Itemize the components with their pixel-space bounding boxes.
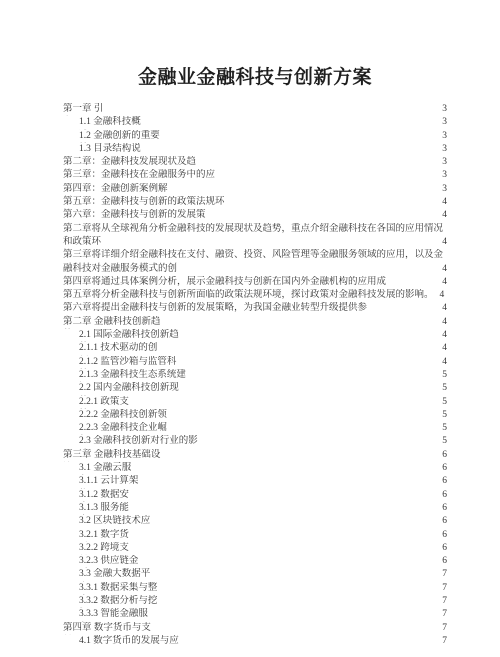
toc-page-number: 3 — [439, 183, 447, 196]
toc-page-number: 6 — [439, 475, 447, 488]
toc-page-number: 4 — [439, 276, 447, 289]
toc-entry[interactable]: 第二章：金融科技发展现状及趋势3 — [63, 156, 447, 169]
toc-page-number: 7 — [439, 582, 447, 595]
toc-entry-text: 2.3 金融科技创新对行业的影响 — [79, 436, 447, 448]
toc-entry-text: 第三章：金融科技在金融服务中的应用 — [63, 170, 447, 182]
toc-entry-text: 第六章：金融科技与创新的发展策略 — [63, 210, 447, 222]
toc-entry[interactable]: 3.3.3 智能金融服务7 — [63, 608, 447, 621]
toc-entry[interactable]: 3.1.3 服务能力6 — [63, 502, 447, 515]
toc-entry-text: 1.2 金融创新的重要性 — [79, 131, 447, 143]
toc-entry-text: 第四章 数字货币与支付 — [63, 623, 447, 635]
toc-entry-text: 4.1 数字货币的发展与应用 — [79, 636, 447, 648]
document-title: 金融业金融科技与创新方案 — [63, 66, 447, 89]
toc-entry[interactable]: 3.3.2 数据分析与挖掘7 — [63, 595, 447, 608]
toc-page-number: 4 — [439, 209, 447, 222]
toc-entry-text: 1.3 目录结构说明 — [79, 144, 447, 156]
toc-page-number: 4 — [439, 342, 447, 355]
toc-entry[interactable]: 2.2.2 金融科技创新领域5 — [63, 409, 447, 422]
toc-entry[interactable]: 第五章：金融科技与创新的政策法规环境4 — [63, 196, 447, 209]
toc-entry[interactable]: 2.1.1 技术驱动的创新4 — [63, 342, 447, 355]
toc-page-number: 3 — [439, 169, 447, 182]
toc-page-number: 3 — [439, 103, 447, 116]
toc-entry-text: 3.2.2 跨境支付 — [79, 543, 447, 555]
toc-entry-text: 第六章将提出金融科技与创新的发展策略，为我国金融业转型升级提供参考。 — [63, 303, 447, 315]
toc-page-number: 4 — [439, 196, 447, 209]
toc-entry-text: 2.2.2 金融科技创新领域 — [79, 410, 447, 422]
toc-entry[interactable]: 第四章将通过具体案例分析，展示金融科技与创新在国内外金融机构的应用成果。4 — [63, 276, 447, 289]
toc-page-number: 4 — [439, 236, 447, 249]
toc-entry-text: 1.1 金融科技概述 — [79, 117, 447, 129]
toc-entry[interactable]: 2.1.3 金融科技生态系统建设5 — [63, 369, 447, 382]
toc-entry[interactable]: 2.1 国际金融科技创新趋势4 — [63, 329, 447, 342]
toc-entry-text: 3.1.3 服务能力 — [79, 503, 447, 515]
toc-entry[interactable]: 3.1 金融云服务6 — [63, 462, 447, 475]
toc-entry[interactable]: 3.1.2 数据安全6 — [63, 489, 447, 502]
toc-entry-text: 第五章：金融科技与创新的政策法规环境 — [63, 197, 447, 209]
toc-entry-text: 3.1.1 云计算架构 — [79, 476, 447, 488]
toc-page-number: 7 — [439, 568, 447, 581]
toc-entry[interactable]: 3.2.1 数字货币6 — [63, 529, 447, 542]
toc-page-number: 6 — [439, 489, 447, 502]
toc-page-number: 7 — [439, 635, 447, 648]
toc-page-number: 5 — [439, 435, 447, 448]
toc-entry[interactable]: 2.3 金融科技创新对行业的影响5 — [63, 435, 447, 448]
toc-page-number: 5 — [439, 409, 447, 422]
toc-entry[interactable]: 2.2.1 政策支持5 — [63, 396, 447, 409]
toc-entry-text: 2.2 国内金融科技创新现状 — [79, 383, 447, 395]
toc-entry-text: 3.1.2 数据安全 — [79, 490, 447, 502]
toc-page-number: 4 — [439, 329, 447, 342]
toc-entry[interactable]: 3.3.1 数据采集与整合7 — [63, 582, 447, 595]
toc-page-number: 4 — [439, 263, 447, 276]
toc-page-number: 7 — [439, 595, 447, 608]
toc-entry-text: 第二章：金融科技发展现状及趋势 — [63, 157, 447, 169]
toc-entry-text: 3.3.1 数据采集与整合 — [79, 583, 447, 595]
toc-page-number: 3 — [439, 116, 447, 129]
toc-entry-text: 3.3.3 智能金融服务 — [79, 609, 447, 621]
toc-entry-text: 3.3.2 数据分析与挖掘 — [79, 596, 447, 608]
toc-entry-text: 2.2.1 政策支持 — [79, 397, 447, 409]
toc-entry[interactable]: 1.2 金融创新的重要性3 — [63, 130, 447, 143]
toc-page-number: 6 — [439, 462, 447, 475]
toc-entry-text: 第四章：金融创新案例解析 — [63, 184, 447, 196]
toc-page-number: 5 — [439, 422, 447, 435]
toc-entry-text: 3.2.3 供应链金融 — [79, 556, 447, 568]
toc-page-number: 4 — [439, 316, 447, 329]
toc-entry[interactable]: 第六章将提出金融科技与创新的发展策略，为我国金融业转型升级提供参考。4 — [63, 302, 447, 315]
toc-page-number: 4 — [434, 290, 445, 300]
toc-page-number: 5 — [439, 382, 447, 395]
toc-page-number: 6 — [439, 502, 447, 515]
toc-page-number: 4 — [439, 302, 447, 315]
toc-page-number: 4 — [439, 356, 447, 369]
toc-entry-text: 第二章将从全球视角分析金融科技的发展现状及趋势，重点介绍金融科技在各国的应用情况… — [63, 224, 447, 250]
toc-entry[interactable]: 1.3 目录结构说明3 — [63, 143, 447, 156]
toc-page-number: 3 — [439, 143, 447, 156]
table-of-contents: 第一章 引言3 1.1 金融科技概述3 1.2 金融创新的重要性3 1.3 目录… — [63, 103, 447, 648]
toc-entry[interactable]: 1.1 金融科技概述3 — [63, 116, 447, 129]
toc-entry-text: 第二章 金融科技创新趋势 — [63, 317, 447, 329]
toc-entry[interactable]: 3.3 金融大数据平台7 — [63, 568, 447, 581]
toc-entry[interactable]: 2.2 国内金融科技创新现状5 — [63, 382, 447, 395]
toc-page-number: 5 — [439, 369, 447, 382]
toc-entry-text: 2.1.2 监管沙箱与监管科技 — [79, 357, 447, 369]
toc-entry[interactable]: 第一章 引言3 — [63, 103, 447, 116]
toc-entry[interactable]: 第五章将分析金融科技与创新所面临的政策法规环境，探讨政策对金融科技发展的影响。4 — [63, 289, 447, 302]
toc-entry-text: 3.3 金融大数据平台 — [79, 569, 447, 581]
toc-entry[interactable]: 第三章：金融科技在金融服务中的应用3 — [63, 169, 447, 182]
toc-entry-text: 第四章将通过具体案例分析，展示金融科技与创新在国内外金融机构的应用成果。 — [63, 277, 447, 289]
toc-entry-text: 3.1 金融云服务 — [79, 463, 447, 475]
toc-entry[interactable]: 第三章将详细介绍金融科技在支付、融资、投资、风险管理等金融服务领域的应用，以及金… — [63, 249, 447, 276]
toc-page-number: 3 — [439, 156, 447, 169]
toc-entry-text: 2.1 国际金融科技创新趋势 — [79, 330, 447, 342]
toc-entry[interactable]: 第四章：金融创新案例解析3 — [63, 183, 447, 196]
toc-page-number: 6 — [439, 449, 447, 462]
toc-page-number: 6 — [439, 555, 447, 568]
toc-entry-text: 2.1.1 技术驱动的创新 — [79, 343, 447, 355]
toc-page-number: 6 — [439, 515, 447, 528]
toc-entry[interactable]: 第六章：金融科技与创新的发展策略4 — [63, 209, 447, 222]
toc-page-number: 6 — [439, 542, 447, 555]
toc-entry-text: 第三章 金融科技基础设施 — [63, 450, 447, 462]
toc-entry[interactable]: 第四章 数字货币与支付7 — [63, 622, 447, 635]
toc-page-number: 5 — [439, 396, 447, 409]
toc-entry[interactable]: 第二章 金融科技创新趋势4 — [63, 316, 447, 329]
toc-entry-text: 2.1.3 金融科技生态系统建设 — [79, 370, 447, 382]
toc-page-number: 7 — [439, 608, 447, 621]
toc-entry-text: 3.2 区块链技术应用 — [79, 516, 447, 528]
toc-entry[interactable]: 2.2.3 金融科技企业崛起5 — [63, 422, 447, 435]
toc-entry[interactable]: 2.1.2 监管沙箱与监管科技4 — [63, 356, 447, 369]
toc-entry-text: 3.2.1 数字货币 — [79, 530, 447, 542]
toc-entry[interactable]: 3.2.2 跨境支付6 — [63, 542, 447, 555]
document-page: 金融业金融科技与创新方案 第一章 引言3 1.1 金融科技概述3 1.2 金融创… — [0, 0, 500, 657]
toc-entry-text: 2.2.3 金融科技企业崛起 — [79, 423, 447, 435]
toc-entry-text: 第一章 引言 — [63, 104, 447, 116]
toc-page-number: 7 — [439, 622, 447, 635]
toc-entry[interactable]: 3.2 区块链技术应用6 — [63, 515, 447, 528]
toc-entry[interactable]: 3.2.3 供应链金融6 — [63, 555, 447, 568]
toc-page-number: 6 — [439, 529, 447, 542]
toc-entry[interactable]: 第三章 金融科技基础设施6 — [63, 449, 447, 462]
toc-entry[interactable]: 4.1 数字货币的发展与应用7 — [63, 635, 447, 648]
toc-page-number: 3 — [439, 130, 447, 143]
toc-entry[interactable]: 第二章将从全球视角分析金融科技的发展现状及趋势，重点介绍金融科技在各国的应用情况… — [63, 223, 447, 250]
toc-entry-text: 第五章将分析金融科技与创新所面临的政策法规环境，探讨政策对金融科技发展的影响。 — [63, 290, 434, 300]
toc-entry[interactable]: 3.1.1 云计算架构6 — [63, 475, 447, 488]
toc-entry-text: 第三章将详细介绍金融科技在支付、融资、投资、风险管理等金融服务领域的应用，以及金… — [63, 250, 447, 276]
